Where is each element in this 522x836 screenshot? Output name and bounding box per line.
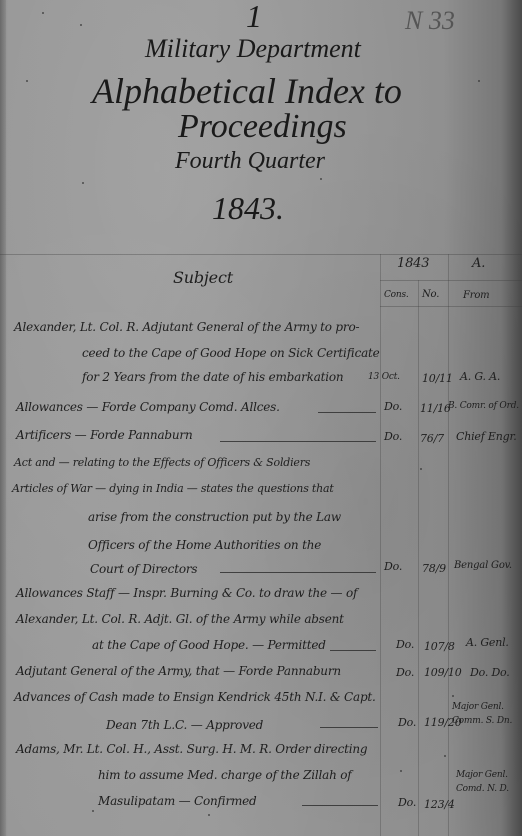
entry-cons: Do. [398, 796, 416, 809]
column-divider-cons [380, 254, 381, 836]
leader-line [318, 412, 376, 413]
entry-from: Chief Engr. [456, 430, 517, 443]
ink-speck [444, 755, 446, 757]
column-header-letter: A. [472, 256, 485, 271]
entry-line: arise from the construction put by the L… [88, 510, 341, 524]
entry-line: Alexander, Lt. Col. R. Adjt. Gl. of the … [16, 612, 344, 626]
entry-line: Court of Directors [90, 562, 197, 576]
department-heading: Military Department [145, 34, 361, 64]
entry-no: 76/7 [420, 432, 444, 445]
leader-line [330, 650, 376, 651]
entry-cons: Do. [384, 400, 402, 413]
ink-speck [26, 80, 28, 82]
column-header-from: From [463, 290, 489, 301]
ink-speck [208, 814, 210, 816]
ink-speck [400, 770, 402, 772]
entry-line: Advances of Cash made to Ensign Kendrick… [14, 690, 376, 704]
entry-line: at the Cape of Good Hope. — Permitted [92, 638, 326, 652]
quarter-heading: Fourth Quarter [175, 148, 325, 175]
entry-no: 123/4 [424, 798, 455, 811]
column-header-year: 1843 [397, 256, 429, 271]
entry-line: Artificers — Forde Pannaburn [16, 428, 193, 442]
entry-from: Major Genl. Comm. S. Dn. [452, 700, 522, 728]
entry-from: Do. Do. [470, 666, 510, 679]
entry-line: Officers of the Home Authorities on the [88, 538, 321, 552]
ink-speck [420, 468, 422, 470]
ink-speck [80, 24, 82, 26]
entry-line: Alexander, Lt. Col. R. Adjutant General … [14, 320, 359, 334]
entry-no: 78/9 [422, 562, 446, 575]
entry-cons: Do. [384, 560, 402, 573]
entry-cons: Do. [398, 716, 416, 729]
ink-speck [92, 810, 94, 812]
entry-line: Allowances — Forde Company Comd. Allces. [16, 400, 280, 414]
entry-no: 10/11 [422, 372, 453, 385]
column-subheader-rule [380, 280, 522, 281]
entry-no: 11/16 [420, 402, 451, 415]
column-divider-no [418, 280, 419, 836]
entry-line: Adjutant General of the Army, that — For… [16, 664, 341, 678]
leader-line [220, 441, 376, 442]
entry-from: B. Comr. of Ord. [448, 401, 519, 411]
page-binding-edge [0, 0, 6, 836]
document-subtitle: Proceedings [178, 108, 347, 146]
entry-cons: Do. [384, 430, 402, 443]
ink-speck [42, 12, 44, 14]
folio-number: N 33 [405, 6, 455, 36]
entry-line: Allowances Staff — Inspr. Burning & Co. … [16, 586, 357, 600]
entry-from: Bengal Gov. [454, 560, 512, 571]
entry-from: A. G. A. [460, 370, 500, 383]
column-divider-from [448, 254, 449, 836]
column-header-cons: Cons. [384, 290, 409, 300]
leader-line [220, 572, 376, 573]
entry-from: A. Genl. [466, 636, 509, 649]
leader-line [302, 805, 378, 806]
document-page: 1 N 33 Military Department Alphabetical … [0, 0, 522, 836]
ink-speck [320, 178, 322, 180]
column-header-subject: Subject [173, 268, 233, 287]
document-title: Alphabetical Index to [92, 70, 402, 112]
entry-line: Adams, Mr. Lt. Col. H., Asst. Surg. H. M… [16, 742, 367, 756]
entry-line: Articles of War — dying in India — state… [12, 482, 334, 495]
entry-line: Act and — relating to the Effects of Off… [14, 456, 310, 469]
column-header-no: No. [422, 289, 439, 300]
entry-no: 109/10 [424, 666, 462, 679]
ink-speck [452, 695, 454, 697]
entry-line: Masulipatam — Confirmed [98, 794, 257, 808]
entry-cons: 13 Oct. [368, 372, 400, 382]
entry-cons: Do. [396, 666, 414, 679]
column-header-bottom-rule [380, 306, 522, 307]
header-rule [0, 254, 522, 255]
ink-speck [82, 182, 84, 184]
entry-line: Dean 7th L.C. — Approved [106, 718, 263, 732]
entry-line: ceed to the Cape of Good Hope on Sick Ce… [82, 346, 380, 360]
ink-speck [478, 80, 480, 82]
leader-line [320, 727, 378, 728]
entry-from: Major Genl. Comd. N. D. [456, 768, 522, 796]
year-heading: 1843. [212, 190, 284, 227]
entry-line: for 2 Years from the date of his embarka… [82, 370, 343, 384]
entry-line: him to assume Med. charge of the Zillah … [98, 768, 352, 782]
entry-no: 107/8 [424, 640, 455, 653]
page-number: 1 [246, 0, 262, 35]
entry-cons: Do. [396, 638, 414, 651]
